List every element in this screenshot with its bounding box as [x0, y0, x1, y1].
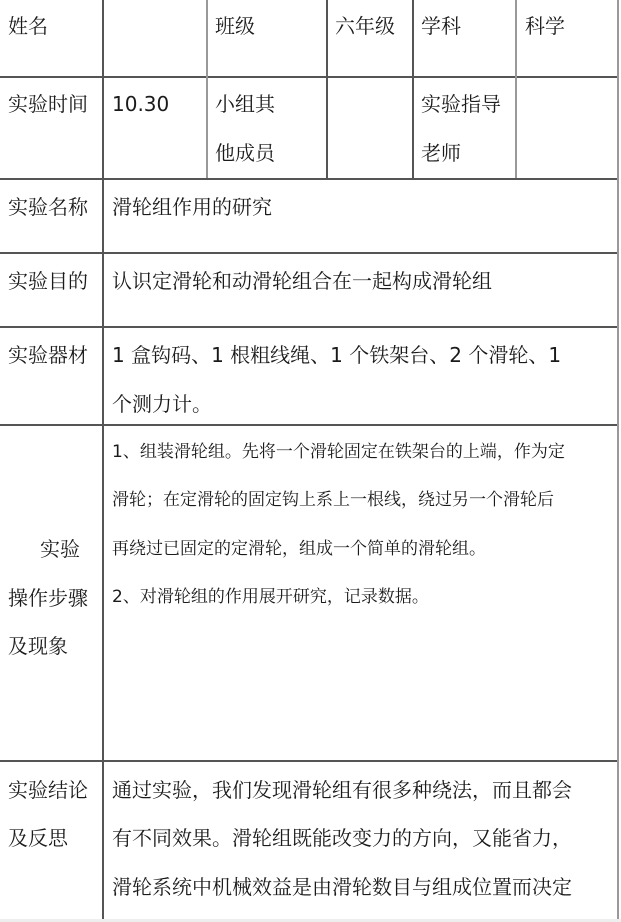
- conclusion-label-line: 及反思: [8, 828, 68, 848]
- col-divider: [206, 0, 208, 178]
- row-divider: [0, 178, 619, 180]
- procedure-line: 1、组装滑轮组。先将一个滑轮固定在铁架台的上端，作为定: [112, 444, 565, 461]
- time-label: 实验时间: [8, 94, 88, 114]
- experiment-name-value: 滑轮组作用的研究: [112, 197, 272, 217]
- procedure-label-line: 实验: [40, 539, 80, 559]
- equipment-label: 实验器材: [8, 345, 88, 365]
- equipment-line: 1 盒钩码、1 根粗线绳、1 个铁架台、2 个滑轮、1: [112, 345, 561, 365]
- teacher-label-line2: 老师: [421, 143, 461, 163]
- conclusion-label-line: 实验结论: [8, 780, 88, 800]
- conclusion-line: 有不同效果。滑轮组既能改变力的方向，又能省力，: [112, 828, 572, 848]
- teacher-field[interactable]: [517, 78, 617, 178]
- members-label-line1: 小组其: [215, 94, 275, 114]
- class-value: 六年级: [335, 16, 395, 36]
- row-divider: [0, 326, 619, 328]
- class-label: 班级: [215, 16, 255, 36]
- subject-value: 科学: [525, 16, 565, 36]
- experiment-purpose-value: 认识定滑轮和动滑轮组合在一起构成滑轮组: [112, 271, 492, 291]
- name-field[interactable]: [104, 0, 206, 76]
- conclusion-line: 滑轮系统中机械效益是由滑轮数目与组成位置而决定: [112, 877, 572, 897]
- subject-label: 学科: [421, 16, 461, 36]
- teacher-label-line1: 实验指导: [421, 94, 501, 114]
- row-divider: [0, 760, 619, 762]
- experiment-name-label: 实验名称: [8, 197, 88, 217]
- procedure-label-line: 操作步骤: [8, 588, 88, 608]
- procedure-line: 再绕过已固定的定滑轮，组成一个简单的滑轮组。: [112, 541, 486, 558]
- table-right-border: [617, 0, 619, 919]
- col-divider: [412, 0, 414, 178]
- members-field[interactable]: [328, 78, 412, 178]
- name-label: 姓名: [8, 16, 48, 36]
- procedure-label-line: 及现象: [8, 636, 68, 656]
- procedure-line: 2、对滑轮组的作用展开研究，记录数据。: [112, 589, 429, 606]
- equipment-line: 个测力计。: [112, 394, 212, 414]
- conclusion-line: 通过实验，我们发现滑轮组有很多种绕法，而且都会: [112, 780, 572, 800]
- time-value: 10.30: [112, 94, 169, 114]
- row-divider: [0, 424, 619, 426]
- procedure-line: 滑轮；在定滑轮的固定钩上系上一根线，绕过另一个滑轮后: [112, 492, 554, 509]
- row-divider: [0, 252, 619, 254]
- members-label-line2: 他成员: [215, 143, 275, 163]
- experiment-purpose-label: 实验目的: [8, 271, 88, 291]
- col-divider: [102, 0, 104, 919]
